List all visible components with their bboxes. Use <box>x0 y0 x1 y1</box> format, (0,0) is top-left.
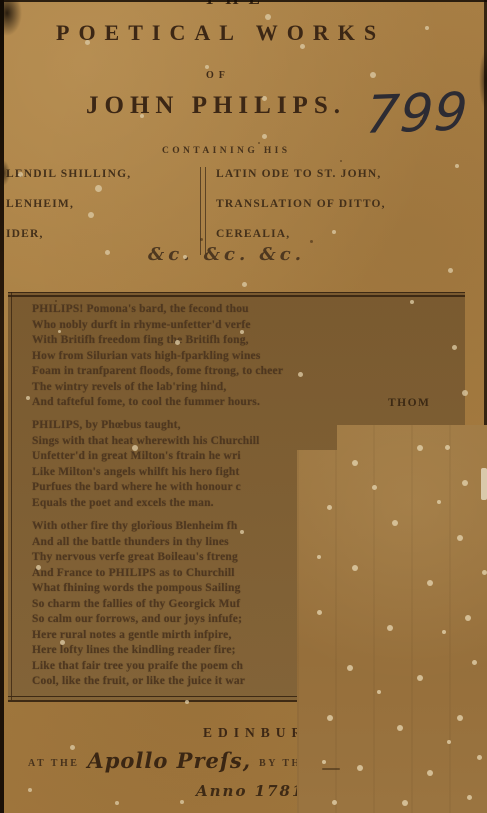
foxing-spot <box>372 485 377 490</box>
foxing-spot <box>327 715 333 721</box>
foxing-spot <box>465 615 471 621</box>
poem-line: Here lofty lines the kindling reader fir… <box>32 643 245 659</box>
overlapping-page-patch <box>297 425 487 813</box>
poem-line: And tafteful fome, to cool the fummer ho… <box>32 395 283 411</box>
foxing-spot <box>427 580 433 586</box>
foxing-spot <box>448 268 453 273</box>
poem-line: Unfetter'd in great Milton's ftrain he w… <box>32 449 260 465</box>
poem-line: The wintry revels of the lab'ring hind, <box>32 380 283 396</box>
foxing-spot <box>447 740 451 744</box>
scan-edge-top <box>0 0 487 2</box>
foxing-spot <box>427 770 433 776</box>
foxing-spot <box>317 555 321 559</box>
foxing-spot <box>317 610 322 615</box>
scan-smudge-top-left <box>0 0 22 36</box>
foxing-spot <box>402 800 408 806</box>
foxing-spot <box>397 725 403 731</box>
etcetera-line: &c. &c. &c. <box>148 244 305 265</box>
poem-line: Sings with that heat wherewith his Churc… <box>32 434 260 450</box>
page-title: POETICAL WORKS <box>56 20 385 46</box>
foxing-spot <box>457 535 463 541</box>
poem-line: Who nobly durft in rhyme-unfetter'd verf… <box>32 318 283 334</box>
poem-line: Thy nervous verfe great Boileau's ftreng <box>32 550 245 566</box>
foxing-spot <box>455 164 459 168</box>
poem-line: PHILIPS, by Phœbus taught, <box>32 418 260 434</box>
poem-attribution: THOM <box>388 397 430 409</box>
imprint-at-the: AT THE <box>28 758 79 773</box>
scanned-book-title-page: THE POETICAL WORKS OF JOHN PHILIPS. 799 … <box>0 0 487 813</box>
poem-line: So calm our forrows, and our joys infufe… <box>32 612 245 628</box>
foxing-spot <box>28 788 32 792</box>
poem-line: So charm the fallies of thy Georgick Muf <box>32 597 245 613</box>
foxing-spot <box>467 795 472 800</box>
left-rule <box>11 292 12 702</box>
foxing-spot <box>352 565 358 571</box>
foxing-spot <box>377 690 381 694</box>
imprint-line: AT THE Apollo Preſs, BY THE <box>28 748 311 773</box>
poem-stanza-2: PHILIPS, by Phœbus taught,Sings with tha… <box>32 418 260 511</box>
foxing-spot <box>205 65 209 69</box>
poem-line: And all the battle thunders in thy lines <box>32 535 245 551</box>
foxing-spot <box>477 755 482 760</box>
poem-line: And France to PHILIPS as to Churchill <box>32 566 245 582</box>
poem-line: Cool, like the fruit, or like the juice … <box>32 674 245 690</box>
foxing-spot <box>327 505 332 510</box>
work-title: CEREALIA, <box>216 228 386 240</box>
poem-line: Equals the poet and excels the man. <box>32 496 260 512</box>
work-title: LENDIL SHILLING, <box>6 168 131 180</box>
foxing-spot <box>425 26 429 30</box>
work-title: TRANSLATION OF DITTO, <box>216 198 386 210</box>
work-title: IDER, <box>6 228 131 240</box>
poem-line: Here rural notes a gentle mirth infpire, <box>32 628 245 644</box>
foxing-spot <box>442 630 446 634</box>
foxing-spot <box>262 134 267 139</box>
foxing-spot <box>180 800 184 804</box>
foxing-spot <box>392 520 398 526</box>
faint-ink-dash <box>322 768 340 770</box>
poem-line: Like Milton's angels whilft his hero fig… <box>32 465 260 481</box>
foxing-spot <box>417 675 423 681</box>
foxing-spot <box>115 801 119 805</box>
foxing-spot <box>347 665 353 671</box>
work-title: LATIN ODE TO ST. JOHN, <box>216 168 386 180</box>
foxing-spot <box>352 460 358 466</box>
scan-edge-left <box>0 0 4 813</box>
poem-line: With other fire thy glorious Blenheim fh <box>32 519 245 535</box>
containing-line: CONTAINING HIS <box>162 146 290 156</box>
foxing-spot <box>445 445 450 450</box>
poem-stanza-1: PHILIPS! Pomona's bard, the fecond thouW… <box>32 302 283 411</box>
poem-line: Like that fair tree you praife the poem … <box>32 659 245 675</box>
top-rule-thin <box>8 292 465 293</box>
scan-smudge-top-right <box>479 50 487 110</box>
imprint-year: Anno 1781. <box>196 782 312 800</box>
foxing-spot <box>482 570 487 575</box>
top-rule-thick <box>8 295 465 297</box>
title-of-word: OF <box>206 70 230 81</box>
page-edge-highlight <box>481 468 487 500</box>
foxing-spot <box>322 760 326 764</box>
ink-speck <box>258 142 260 144</box>
poem-line: What fhining words the pompous Sailing <box>32 581 245 597</box>
imprint-press-name: Apollo Preſs, <box>87 748 251 773</box>
work-title: LENHEIM, <box>6 198 131 210</box>
column-divider-rule <box>200 167 206 255</box>
handwritten-shelf-number: 799 <box>364 82 470 146</box>
works-list-left: LENDIL SHILLING,LENHEIM,IDER, <box>6 168 131 258</box>
poem-line: Foam in tranfparent floods, fome ftrong,… <box>32 364 283 380</box>
poem-line: PHILIPS! Pomona's bard, the fecond thou <box>32 302 283 318</box>
poem-line: How from Silurian vats high-fparkling wi… <box>32 349 283 365</box>
foxing-spot <box>437 500 441 504</box>
poem-line: Purfues the bard where he with honour c <box>32 480 260 496</box>
foxing-spot <box>387 625 393 631</box>
foxing-spot <box>332 800 337 805</box>
foxing-spot <box>472 660 477 665</box>
foxing-spot <box>242 282 247 287</box>
author-name: JOHN PHILIPS. <box>86 92 346 120</box>
foxing-spot <box>370 72 376 78</box>
poem-stanza-3: With other fire thy glorious Blenheim fh… <box>32 519 245 690</box>
ink-speck <box>340 160 342 162</box>
poem-line: With Britifh freedom fing the Britifh fo… <box>32 333 283 349</box>
foxing-spot <box>457 715 463 721</box>
foxing-spot <box>417 445 423 451</box>
foxing-spot <box>357 765 363 771</box>
foxing-spot <box>462 480 468 486</box>
